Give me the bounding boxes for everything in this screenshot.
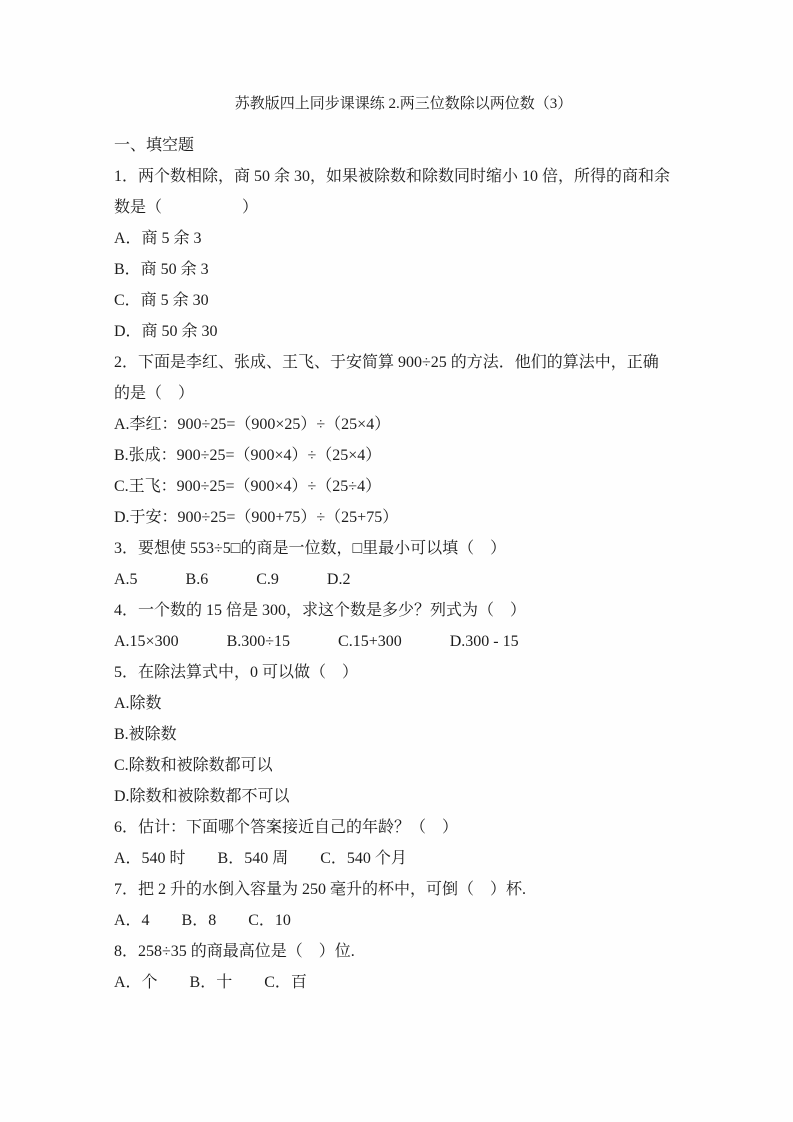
- question-6-line-1: 6．估计：下面哪个答案接近自己的年龄？（ ）: [114, 812, 693, 843]
- question-7-options-row: A．4 B．8 C．10: [114, 905, 693, 936]
- question-5-option-d: D.除数和被除数都不可以: [114, 781, 693, 812]
- question-8-line-1: 8．258÷35 的商最高位是（ ）位.: [114, 936, 693, 967]
- question-1-line-1: 1．两个数相除，商 50 余 30，如果被除数和除数同时缩小 10 倍，所得的商…: [114, 161, 693, 192]
- question-2-option-a: A.李红：900÷25=（900×25）÷（25×4）: [114, 409, 693, 440]
- question-2-line-1: 2．下面是李红、张成、王飞、于安简算 900÷25 的方法．他们的算法中，正确: [114, 347, 693, 378]
- question-1-line-2: 数是（ ）: [114, 192, 693, 223]
- question-5-line-1: 5．在除法算式中，0 可以做（ ）: [114, 657, 693, 688]
- question-3-options-row: A.5 B.6 C.9 D.2: [114, 564, 693, 595]
- section-heading: 一、填空题: [114, 130, 693, 161]
- question-1-option-c: C．商 5 余 30: [114, 285, 693, 316]
- question-4-options-row: A.15×300 B.300÷15 C.15+300 D.300 - 15: [114, 626, 693, 657]
- question-2-line-2: 的是（ ）: [114, 378, 693, 409]
- question-4-line-1: 4．一个数的 15 倍是 300，求这个数是多少？列式为（ ）: [114, 595, 693, 626]
- question-2-option-d: D.于安：900÷25=（900+75）÷（25+75）: [114, 502, 693, 533]
- question-3-line-1: 3．要想使 553÷5□的商是一位数，□里最小可以填（ ）: [114, 533, 693, 564]
- question-1-option-b: B．商 50 余 3: [114, 254, 693, 285]
- document-title: 苏教版四上同步课课练 2.两三位数除以两位数（3）: [114, 89, 693, 120]
- question-5-option-b: B.被除数: [114, 719, 693, 750]
- question-6-options-row: A．540 时 B．540 周 C．540 个月: [114, 843, 693, 874]
- question-7-line-1: 7．把 2 升的水倒入容量为 250 毫升的杯中，可倒（ ）杯.: [114, 874, 693, 905]
- document-page: 苏教版四上同步课课练 2.两三位数除以两位数（3） 一、填空题 1．两个数相除，…: [0, 0, 793, 1122]
- question-5-option-c: C.除数和被除数都可以: [114, 750, 693, 781]
- question-1-option-d: D．商 50 余 30: [114, 316, 693, 347]
- question-5-option-a: A.除数: [114, 688, 693, 719]
- question-8-options-row: A．个 B．十 C．百: [114, 967, 693, 998]
- question-1-option-a: A．商 5 余 3: [114, 223, 693, 254]
- question-2-option-b: B.张成：900÷25=（900×4）÷（25×4）: [114, 440, 693, 471]
- question-2-option-c: C.王飞：900÷25=（900×4）÷（25÷4）: [114, 471, 693, 502]
